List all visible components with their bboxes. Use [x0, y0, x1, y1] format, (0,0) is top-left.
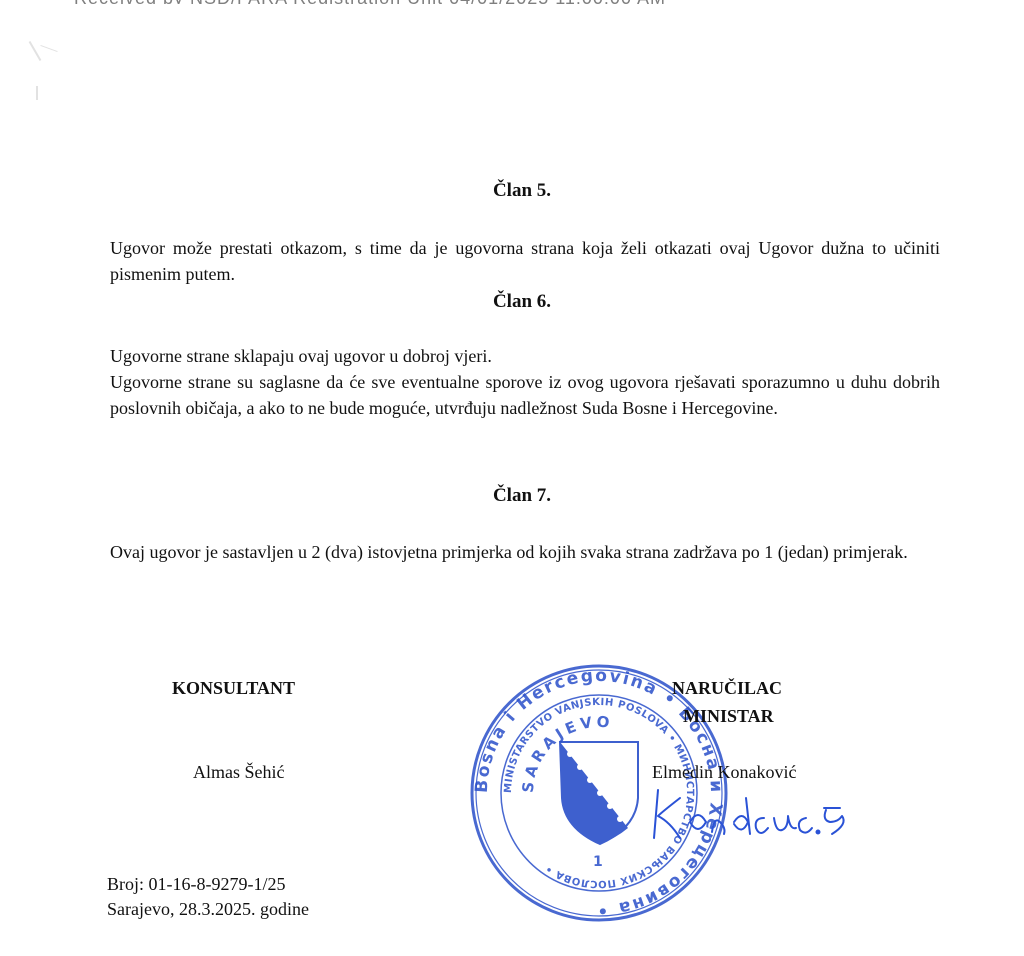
article-7-heading: Član 7.	[0, 485, 1024, 507]
scan-artifact	[29, 41, 42, 61]
article-6-paragraph-1: Ugovorne strane sklapaju ovaj ugovor u d…	[110, 343, 940, 369]
article-6-body: Ugovorne strane sklapaju ovaj ugovor u d…	[110, 343, 940, 421]
article-6-paragraph-2: Ugovorne strane su saglasne da će sve ev…	[110, 369, 940, 421]
handwritten-signature-icon	[640, 778, 850, 848]
place-and-date: Sarajevo, 28.3.2025. godine	[107, 897, 309, 922]
document-number: Broj: 01-16-8-9279-1/25	[107, 872, 309, 897]
minister-title: MINISTAR	[683, 706, 774, 727]
article-6-heading: Član 6.	[0, 291, 1024, 313]
cropped-fara-header: Received by NSD/FARA Registration Unit 0…	[74, 0, 874, 4]
article-7-paragraph: Ovaj ugovor je sastavljen u 2 (dva) isto…	[110, 539, 940, 565]
document-footer: Broj: 01-16-8-9279-1/25 Sarajevo, 28.3.2…	[107, 872, 309, 922]
client-label: NARUČILAC	[672, 678, 782, 699]
article-5-paragraph: Ugovor može prestati otkazom, s time da …	[110, 235, 940, 287]
svg-text:1: 1	[593, 854, 603, 870]
consultant-label: KONSULTANT	[172, 678, 295, 699]
scan-artifact	[36, 86, 38, 100]
scan-artifact	[40, 45, 57, 52]
article-7-body: Ovaj ugovor je sastavljen u 2 (dva) isto…	[110, 539, 940, 565]
consultant-name: Almas Šehić	[193, 762, 285, 783]
article-5-heading: Član 5.	[0, 180, 1024, 202]
article-5-body: Ugovor može prestati otkazom, s time da …	[110, 235, 940, 287]
